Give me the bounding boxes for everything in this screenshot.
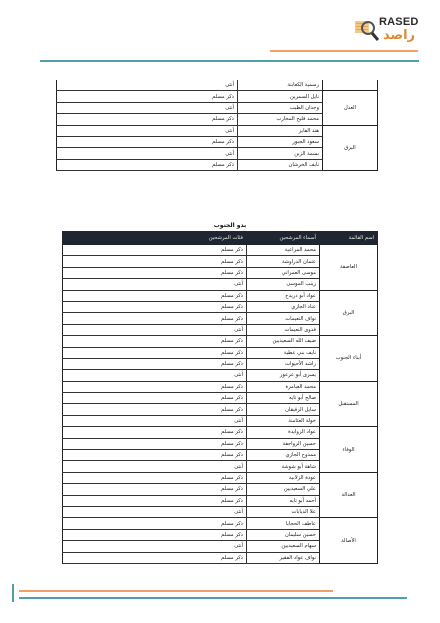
candidates-table-continued: رسمية الكعابنة أنثى العدل نايل السمرين ذ… <box>56 80 378 171</box>
candidate-name: عواد أبو دريدح <box>247 290 320 301</box>
list-name-cell: العدل <box>323 91 378 125</box>
candidate-category: ذكر مسلم <box>63 267 247 278</box>
candidate-category: أنثى <box>63 415 247 426</box>
list-name-cell: أبناء الجنوب <box>320 336 378 382</box>
candidate-category: ذكر مسلم <box>57 159 238 170</box>
table-row: البرق هند الفايز أنثى <box>57 125 378 136</box>
candidate-category: ذكر مسلم <box>63 347 247 358</box>
logo-text-en: RASED <box>379 16 419 28</box>
candidate-category: ذكر مسلم <box>63 245 247 256</box>
list-name-cell: الوفاء <box>320 427 378 473</box>
table-header-row: اسم القائمة أسماء المرشحين فئات المرشحين <box>63 232 378 245</box>
list-name-cell: البرق <box>320 290 378 336</box>
candidate-name: محمد العبامرة <box>247 381 320 392</box>
candidate-name: نايف بني عطية <box>247 347 320 358</box>
rased-logo: RASED راصد <box>355 14 431 48</box>
footer-teal-rule <box>19 597 407 599</box>
candidate-category: أنثى <box>63 541 247 552</box>
header-candidate-category: فئات المرشحين <box>63 232 247 245</box>
candidate-category: ذكر مسلم <box>63 529 247 540</box>
candidate-category: أنثى <box>63 279 247 290</box>
candidate-name: عواد الزوايدة <box>247 427 320 438</box>
candidate-category: أنثى <box>63 324 247 335</box>
candidate-category: أنثى <box>63 506 247 517</box>
candidate-category: ذكر مسلم <box>63 301 247 312</box>
candidate-category: ذكر مسلم <box>63 358 247 369</box>
footer-orange-rule <box>19 590 333 592</box>
candidate-category: ذكر مسلم <box>63 495 247 506</box>
candidate-category: ذكر مسلم <box>63 484 247 495</box>
candidate-category: ذكر مسلم <box>63 427 247 438</box>
candidate-name: حسين الرواجفة <box>247 438 320 449</box>
candidate-name: ضيف الله السعيديين <box>247 336 320 347</box>
candidate-name: عاطف الحجايا <box>247 518 320 529</box>
candidate-category: ذكر مسلم <box>63 438 247 449</box>
list-name-cell: الأصالة <box>320 518 378 564</box>
candidate-category: ذكر مسلم <box>63 393 247 404</box>
candidate-category: ذكر مسلم <box>63 472 247 483</box>
table-row: البرقعواد أبو دريدحذكر مسلم <box>63 290 378 301</box>
candidate-category: ذكر مسلم <box>63 552 247 563</box>
candidate-category: أنثى <box>63 461 247 472</box>
candidates-table-south-bedouin: اسم القائمة أسماء المرشحين فئات المرشحين… <box>62 231 378 564</box>
candidate-name: نواف عواد الفقير <box>247 552 320 563</box>
header-orange-rule <box>270 50 418 52</box>
list-name-cell: المستقبل <box>320 381 378 427</box>
candidate-category: ذكر مسلم <box>63 336 247 347</box>
candidate-name: راشد الأحيوات <box>247 358 320 369</box>
candidate-category: ذكر مسلم <box>57 136 238 147</box>
table-row: العدالةعودة الزلابيةذكر مسلم <box>63 472 378 483</box>
candidate-name: نواف النعيمات <box>247 313 320 324</box>
candidate-name: صالح أبو تايه <box>247 393 320 404</box>
candidate-name: يسرى أبو عرعور <box>247 370 320 381</box>
table-row: رسمية الكعابنة أنثى <box>57 80 378 91</box>
candidate-name: حسين سليمان <box>247 529 320 540</box>
candidate-category: ذكر مسلم <box>63 404 247 415</box>
candidate-name: أحمد أبو تايه <box>247 495 320 506</box>
candidate-name: خولة العثامنة <box>247 415 320 426</box>
candidate-name: محمد فليح المحارب <box>238 114 323 125</box>
candidate-name: بسمة الزبن <box>238 148 323 159</box>
magnifier-icon <box>355 18 379 42</box>
logo-text-ar: راصد <box>383 28 415 43</box>
header-list-name: اسم القائمة <box>320 232 378 245</box>
candidate-name: علي السعيديين <box>247 484 320 495</box>
candidate-name: محمد المراعية <box>247 245 320 256</box>
candidate-category: ذكر مسلم <box>63 290 247 301</box>
list-name-cell: البرق <box>323 125 378 171</box>
candidate-name: عناد الجازي <box>247 301 320 312</box>
candidate-category: أنثى <box>57 80 238 91</box>
candidate-name: سايل الرقيقان <box>247 404 320 415</box>
table-row: الوفاءعواد الزوايدةذكر مسلم <box>63 427 378 438</box>
candidate-name: نايل السمرين <box>238 91 323 102</box>
candidate-category: ذكر مسلم <box>57 91 238 102</box>
candidate-name: رسمية الكعابنة <box>238 80 323 91</box>
table-row: أبناء الجنوبضيف الله السعيديينذكر مسلم <box>63 336 378 347</box>
footer-accent-bar <box>12 584 14 602</box>
candidate-category: أنثى <box>57 125 238 136</box>
candidate-name: سعود الجبور <box>238 136 323 147</box>
candidate-category: أنثى <box>57 148 238 159</box>
candidate-name: هند الفايز <box>238 125 323 136</box>
candidate-name: عثمان الدراوشة <box>247 256 320 267</box>
candidate-category: ذكر مسلم <box>57 114 238 125</box>
candidate-category: ذكر مسلم <box>63 450 247 461</box>
candidate-name: زينب الموسى <box>247 279 320 290</box>
candidate-category: ذكر مسلم <box>63 518 247 529</box>
candidate-category: ذكر مسلم <box>63 256 247 267</box>
table-row: الأصالةعاطف الحجاياذكر مسلم <box>63 518 378 529</box>
header-candidate-name: أسماء المرشحين <box>247 232 320 245</box>
candidate-name: فدوى النعيمات <box>247 324 320 335</box>
list-name-cell <box>323 80 378 91</box>
candidate-category: ذكر مسلم <box>63 381 247 392</box>
candidate-name: علا الذيابات <box>247 506 320 517</box>
candidate-category: أنثى <box>63 370 247 381</box>
table-row: المستقبلمحمد العبامرةذكر مسلم <box>63 381 378 392</box>
candidate-category: أنثى <box>57 102 238 113</box>
header-teal-rule <box>40 60 419 62</box>
candidate-name: شاهة أبو شوشة <box>247 461 320 472</box>
list-name-cell: العدالة <box>320 472 378 518</box>
candidate-category: ذكر مسلم <box>63 313 247 324</box>
candidate-name: ممدوح الجازي <box>247 450 320 461</box>
candidate-name: سهام السعيديين <box>247 541 320 552</box>
candidate-name: موسى العمراني <box>247 267 320 278</box>
table-row: العدل نايل السمرين ذكر مسلم <box>57 91 378 102</box>
list-name-cell: العاصفة <box>320 245 378 291</box>
table-row: العاصفةمحمد المراعيةذكر مسلم <box>63 245 378 256</box>
section-title: بدو الجنوب <box>200 222 260 229</box>
candidate-name: وجدان الطيب <box>238 102 323 113</box>
candidate-name: عودة الزلابية <box>247 472 320 483</box>
candidate-name: نايف الخرشان <box>238 159 323 170</box>
